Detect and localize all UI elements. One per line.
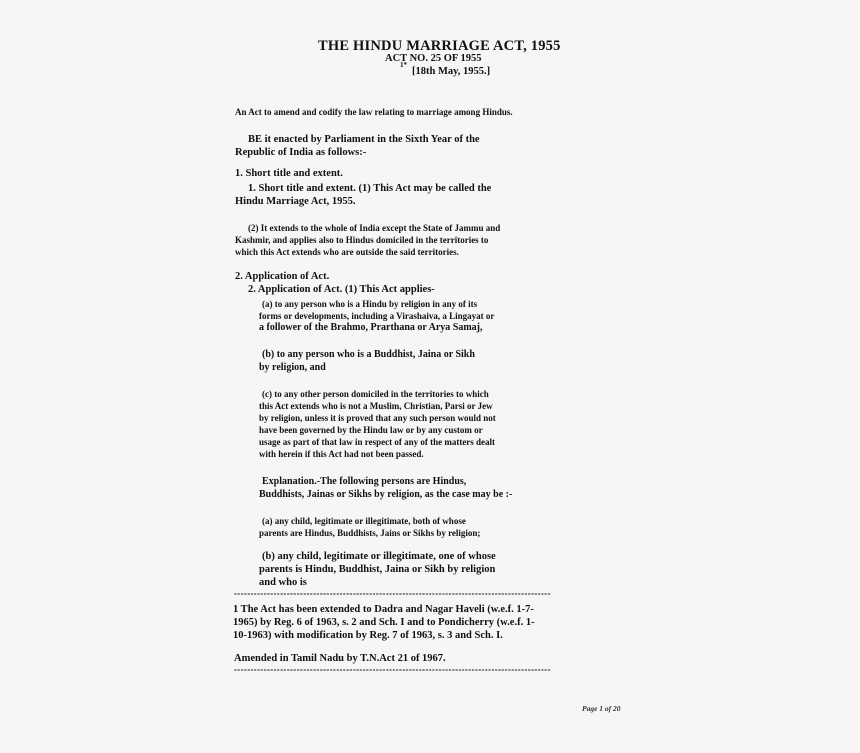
section-1-heading: 1. Short title and extent. — [235, 168, 343, 179]
clause-b: (b) to any person who is a Buddhist, Jai… — [259, 348, 475, 374]
text-line: (a) to any person who is a Hindu by reli… — [259, 298, 494, 310]
section-1-subsection-1: 1. Short title and extent. (1) This Act … — [235, 182, 491, 208]
enactment-line: BE it enacted by Parliament in the Sixth… — [235, 133, 480, 146]
text-line: usage as part of that law in respect of … — [259, 436, 496, 448]
text-line: which this Act extends who are outside t… — [235, 246, 500, 258]
text-line: Kashmir, and applies also to Hindus domi… — [235, 234, 500, 246]
text-line: parents is Hindu, Buddhist, Jaina or Sik… — [259, 563, 496, 576]
text-line: a follower of the Brahmo, Prarthana or A… — [259, 322, 494, 334]
footnote-marker: 1* — [400, 61, 407, 69]
text-line: this Act extends who is not a Muslim, Ch… — [259, 400, 496, 412]
text-line: (a) any child, legitimate or illegitimat… — [259, 515, 480, 527]
explanation-clause-a: (a) any child, legitimate or illegitimat… — [259, 515, 480, 539]
enactment-clause: BE it enacted by Parliament in the Sixth… — [235, 133, 480, 159]
explanation-clause-b: (b) any child, legitimate or illegitimat… — [259, 550, 496, 589]
text-line: Hindu Marriage Act, 1955. — [235, 195, 491, 208]
text-line: and who is — [259, 576, 496, 589]
text-line: by religion, unless it is proved that an… — [259, 412, 496, 424]
text-line: (b) to any person who is a Buddhist, Jai… — [259, 348, 475, 361]
separator-line: ----------------------------------------… — [233, 666, 550, 675]
section-2-heading: 2. Application of Act. — [235, 271, 329, 282]
amendment-note: Amended in Tamil Nadu by T.N.Act 21 of 1… — [234, 653, 446, 664]
clause-c: (c) to any other person domiciled in the… — [259, 388, 496, 460]
text-line: 1 The Act has been extended to Dadra and… — [233, 603, 535, 616]
page-indicator: Page 1 of 20 — [582, 704, 621, 713]
text-line: with herein if this Act had not been pas… — [259, 448, 496, 460]
text-line: 10-1963) with modification by Reg. 7 of … — [233, 629, 535, 642]
text-line: Buddhists, Jainas or Sikhs by religion, … — [259, 488, 512, 501]
preamble: An Act to amend and codify the law relat… — [235, 107, 513, 117]
text-line: have been governed by the Hindu law or b… — [259, 424, 496, 436]
enactment-line: Republic of India as follows:- — [235, 146, 480, 159]
text-line: 1. Short title and extent. (1) This Act … — [235, 182, 491, 195]
text-line: (c) to any other person domiciled in the… — [259, 388, 496, 400]
act-date: [18th May, 1955.] — [412, 66, 490, 77]
separator-line: ----------------------------------------… — [233, 590, 550, 599]
text-line: (2) It extends to the whole of India exc… — [235, 222, 500, 234]
text-line: by religion, and — [259, 361, 475, 374]
section-2-subheading: 2. Application of Act. (1) This Act appl… — [248, 284, 435, 295]
text-line: 1965) by Reg. 6 of 1963, s. 2 and Sch. I… — [233, 616, 535, 629]
section-1-subsection-2: (2) It extends to the whole of India exc… — [235, 222, 500, 258]
explanation: Explanation.-The following persons are H… — [259, 475, 512, 501]
text-line: Explanation.-The following persons are H… — [259, 475, 512, 488]
text-line: parents are Hindus, Buddhists, Jains or … — [259, 527, 480, 539]
footnote: 1 The Act has been extended to Dadra and… — [233, 603, 535, 642]
clause-a: (a) to any person who is a Hindu by reli… — [259, 298, 494, 334]
text-line: (b) any child, legitimate or illegitimat… — [259, 550, 496, 563]
text-line: forms or developments, including a Viras… — [259, 310, 494, 322]
